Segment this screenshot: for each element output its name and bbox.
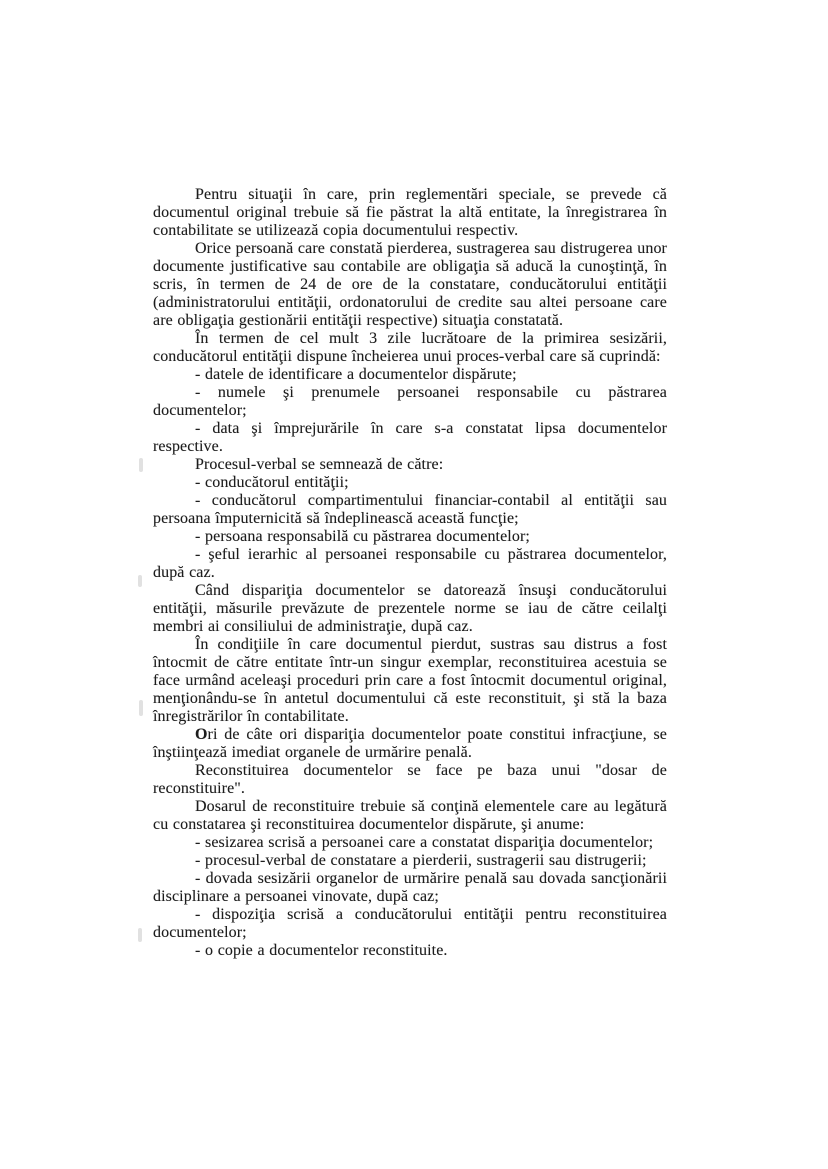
- paragraph-text: - numele şi prenumele persoanei responsa…: [153, 384, 667, 419]
- paragraph: - sesizarea scrisă a persoanei care a co…: [153, 834, 667, 852]
- paragraph-text: - dispoziţia scrisă a conducătorului ent…: [153, 906, 667, 941]
- paragraph-text: - şeful ierarhic al persoanei responsabi…: [153, 546, 667, 581]
- scan-artifact: [139, 458, 143, 472]
- paragraph-text: Reconstituirea documentelor se face pe b…: [153, 762, 667, 797]
- paragraph-text: - conducătorul entităţii;: [195, 474, 349, 491]
- paragraph-text: - o copie a documentelor reconstituite.: [195, 942, 448, 959]
- paragraph: - conducătorul compartimentului financia…: [153, 492, 667, 528]
- paragraph: - o copie a documentelor reconstituite.: [153, 942, 667, 960]
- paragraph: - persoana responsabilă cu păstrarea doc…: [153, 528, 667, 546]
- paragraph-text: ri de câte ori dispariţia documentelor p…: [153, 726, 667, 761]
- paragraph-text: - procesul-verbal de constatare a pierde…: [195, 852, 647, 869]
- paragraph-text: - dovada sesizării organelor de urmărire…: [153, 870, 667, 905]
- paragraph: - dispoziţia scrisă a conducătorului ent…: [153, 906, 667, 942]
- paragraph-text: - persoana responsabilă cu păstrarea doc…: [195, 528, 530, 545]
- paragraph-text: Pentru situaţii în care, prin reglementă…: [153, 186, 667, 239]
- paragraph: - data şi împrejurările în care s-a cons…: [153, 420, 667, 456]
- paragraph: În termen de cel mult 3 zile lucrătoare …: [153, 330, 667, 366]
- paragraph: - numele şi prenumele persoanei responsa…: [153, 384, 667, 420]
- paragraph: În condiţiile în care documentul pierdut…: [153, 636, 667, 726]
- paragraph-text: În condiţiile în care documentul pierdut…: [153, 636, 667, 725]
- paragraph: Orice persoană care constată pierderea, …: [153, 240, 667, 330]
- paragraph: Procesul-verbal se semnează de către:: [153, 456, 667, 474]
- paragraph: - conducătorul entităţii;: [153, 474, 667, 492]
- paragraph-text: - conducătorul compartimentului financia…: [153, 492, 667, 527]
- paragraph: Ori de câte ori dispariţia documentelor …: [153, 726, 667, 762]
- paragraph: Când dispariţia documentelor se datoreaz…: [153, 582, 667, 636]
- paragraph-text: Dosarul de reconstituire trebuie să conţ…: [153, 798, 667, 833]
- paragraph: - dovada sesizării organelor de urmărire…: [153, 870, 667, 906]
- paragraph: Reconstituirea documentelor se face pe b…: [153, 762, 667, 798]
- lead-capital: O: [195, 726, 208, 743]
- paragraph-text: - data şi împrejurările în care s-a cons…: [153, 420, 667, 455]
- paragraph-text: Procesul-verbal se semnează de către:: [195, 456, 443, 473]
- paragraph-text: Orice persoană care constată pierderea, …: [153, 240, 667, 329]
- scan-artifact: [138, 575, 142, 587]
- paragraph-text: - sesizarea scrisă a persoanei care a co…: [195, 834, 653, 851]
- document-page: Pentru situaţii în care, prin reglementă…: [0, 0, 828, 1169]
- document-body: Pentru situaţii în care, prin reglementă…: [153, 186, 667, 960]
- paragraph: - şeful ierarhic al persoanei responsabi…: [153, 546, 667, 582]
- paragraph-text: În termen de cel mult 3 zile lucrătoare …: [153, 330, 667, 365]
- paragraph: Pentru situaţii în care, prin reglementă…: [153, 186, 667, 240]
- paragraph: Dosarul de reconstituire trebuie să conţ…: [153, 798, 667, 834]
- scan-artifact: [138, 928, 142, 942]
- scan-artifact: [139, 700, 143, 716]
- paragraph-text: - datele de identificare a documentelor …: [195, 366, 517, 383]
- paragraph-text: Când dispariţia documentelor se datoreaz…: [153, 582, 667, 635]
- paragraph: - procesul-verbal de constatare a pierde…: [153, 852, 667, 870]
- paragraph: - datele de identificare a documentelor …: [153, 366, 667, 384]
